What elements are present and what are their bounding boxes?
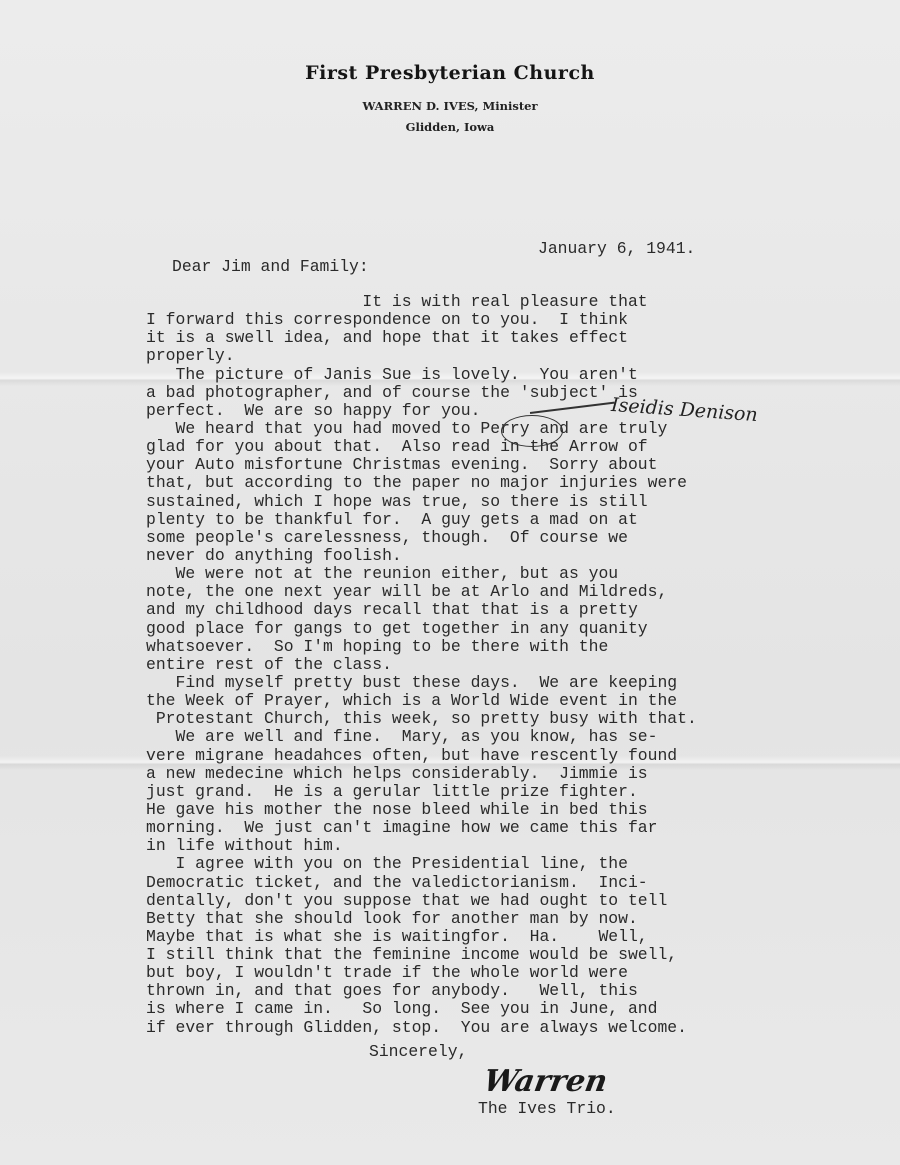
- letter-line: We are well and fine. Mary, as you know,…: [146, 728, 697, 746]
- letter-line: vere migrane headahces often, but have r…: [146, 747, 697, 765]
- signature: Warren: [481, 1064, 610, 1099]
- letter-line: and my childhood days recall that that i…: [146, 601, 697, 619]
- letter-line: if ever through Glidden, stop. You are a…: [146, 1019, 697, 1037]
- letter-line: Democratic ticket, and the valedictorian…: [146, 874, 697, 892]
- letter-line: some people's carelessness, though. Of c…: [146, 529, 697, 547]
- letter-line: Betty that she should look for another m…: [146, 910, 697, 928]
- ink-circle-mark: [501, 415, 563, 447]
- letter-line: is where I came in. So long. See you in …: [146, 1000, 697, 1018]
- letter-line: but boy, I wouldn't trade if the whole w…: [146, 964, 697, 982]
- letter-line: in life without him.: [146, 837, 697, 855]
- letter-line: never do anything foolish.: [146, 547, 697, 565]
- closing: Sincerely,: [369, 1043, 467, 1061]
- letter-line: glad for you about that. Also read in th…: [146, 438, 697, 456]
- salutation: Dear Jim and Family:: [172, 258, 369, 276]
- letter-date: January 6, 1941.: [538, 240, 695, 258]
- letter-line: It is with real pleasure that: [146, 293, 697, 311]
- letter-line: entire rest of the class.: [146, 656, 697, 674]
- letter-line: the Week of Prayer, which is a World Wid…: [146, 692, 697, 710]
- letter-line: just grand. He is a gerular little prize…: [146, 783, 697, 801]
- letter-line: I forward this correspondence on to you.…: [146, 311, 697, 329]
- letter-line: properly.: [146, 347, 697, 365]
- letter-line: thrown in, and that goes for anybody. We…: [146, 982, 697, 1000]
- letter-line: Find myself pretty bust these days. We a…: [146, 674, 697, 692]
- church-name: First Presbyterian Church: [0, 62, 900, 84]
- letter-line: your Auto misfortune Christmas evening. …: [146, 456, 697, 474]
- letter-line: We heard that you had moved to Perry and…: [146, 420, 697, 438]
- letter-line: note, the one next year will be at Arlo …: [146, 583, 697, 601]
- letter-line: whatsoever. So I'm hoping to be there wi…: [146, 638, 697, 656]
- letter-line: I still think that the feminine income w…: [146, 946, 697, 964]
- letter-line: We were not at the reunion either, but a…: [146, 565, 697, 583]
- letter-line: The picture of Janis Sue is lovely. You …: [146, 366, 697, 384]
- letter-line: morning. We just can't imagine how we ca…: [146, 819, 697, 837]
- letter-line: a new medecine which helps considerably.…: [146, 765, 697, 783]
- letter-line: dentally, don't you suppose that we had …: [146, 892, 697, 910]
- church-location: Glidden, Iowa: [0, 120, 900, 134]
- letter-line: He gave his mother the nose bleed while …: [146, 801, 697, 819]
- signature-name: The Ives Trio.: [478, 1100, 616, 1118]
- letter-line: good place for gangs to get together in …: [146, 620, 697, 638]
- letter-line: plenty to be thankful for. A guy gets a …: [146, 511, 697, 529]
- letter-line: Maybe that is what she is waitingfor. Ha…: [146, 928, 697, 946]
- minister-name: WARREN D. IVES, Minister: [0, 99, 900, 113]
- letter-line: it is a swell idea, and hope that it tak…: [146, 329, 697, 347]
- letter-line: that, but according to the paper no majo…: [146, 474, 697, 492]
- letter-page: First Presbyterian Church WARREN D. IVES…: [0, 0, 900, 1165]
- letter-line: Protestant Church, this week, so pretty …: [146, 710, 697, 728]
- letter-line: sustained, which I hope was true, so the…: [146, 493, 697, 511]
- letter-line: I agree with you on the Presidential lin…: [146, 855, 697, 873]
